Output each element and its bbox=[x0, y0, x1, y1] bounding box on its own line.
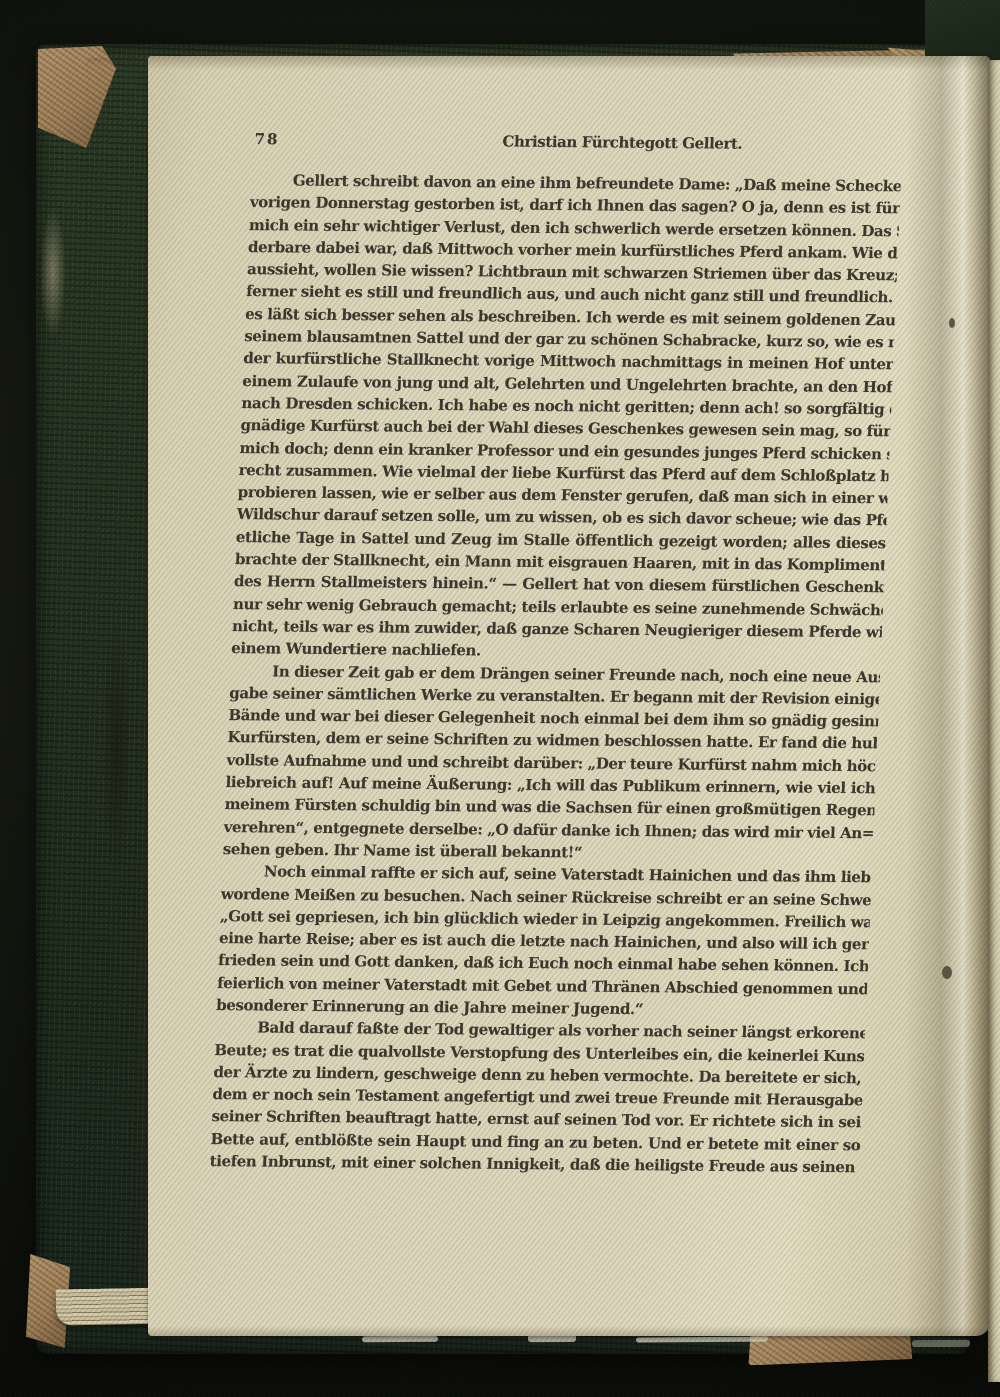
paragraph: In dieser Zeit gab er dem Drängen seiner… bbox=[222, 660, 880, 867]
cover-wear-smudge bbox=[40, 208, 66, 338]
page-stack-edge-left bbox=[82, 58, 152, 1326]
gutter-shadow bbox=[906, 56, 990, 1336]
photo-backdrop: 78 Christian Fürchtegott Gellert. Geller… bbox=[0, 0, 1000, 1397]
page-number: 78 bbox=[254, 128, 280, 151]
paper-speck bbox=[942, 966, 952, 979]
paragraph: Noch einmal raffte er sich auf, seine Va… bbox=[216, 860, 872, 1022]
page-stack-shadow bbox=[101, 618, 132, 878]
cover-scuff bbox=[362, 1336, 438, 1343]
running-header: Christian Fürchtegott Gellert. bbox=[252, 128, 903, 157]
paragraph: Bald darauf faßte der Tod gewaltiger als… bbox=[209, 1016, 865, 1178]
paragraph: Gellert schreibt davon an eine ihm befre… bbox=[231, 169, 901, 666]
facing-page-edge bbox=[988, 60, 1000, 1382]
page-header: 78 Christian Fürchtegott Gellert. bbox=[252, 128, 903, 158]
paper-speck bbox=[949, 318, 955, 328]
cover-scuff bbox=[912, 1340, 970, 1347]
cover-scuff bbox=[636, 1337, 768, 1343]
page-content: 78 Christian Fürchtegott Gellert. Geller… bbox=[209, 128, 903, 1179]
book-page: 78 Christian Fürchtegott Gellert. Geller… bbox=[148, 56, 990, 1336]
text-block: Gellert schreibt davon an eine ihm befre… bbox=[209, 169, 901, 1179]
